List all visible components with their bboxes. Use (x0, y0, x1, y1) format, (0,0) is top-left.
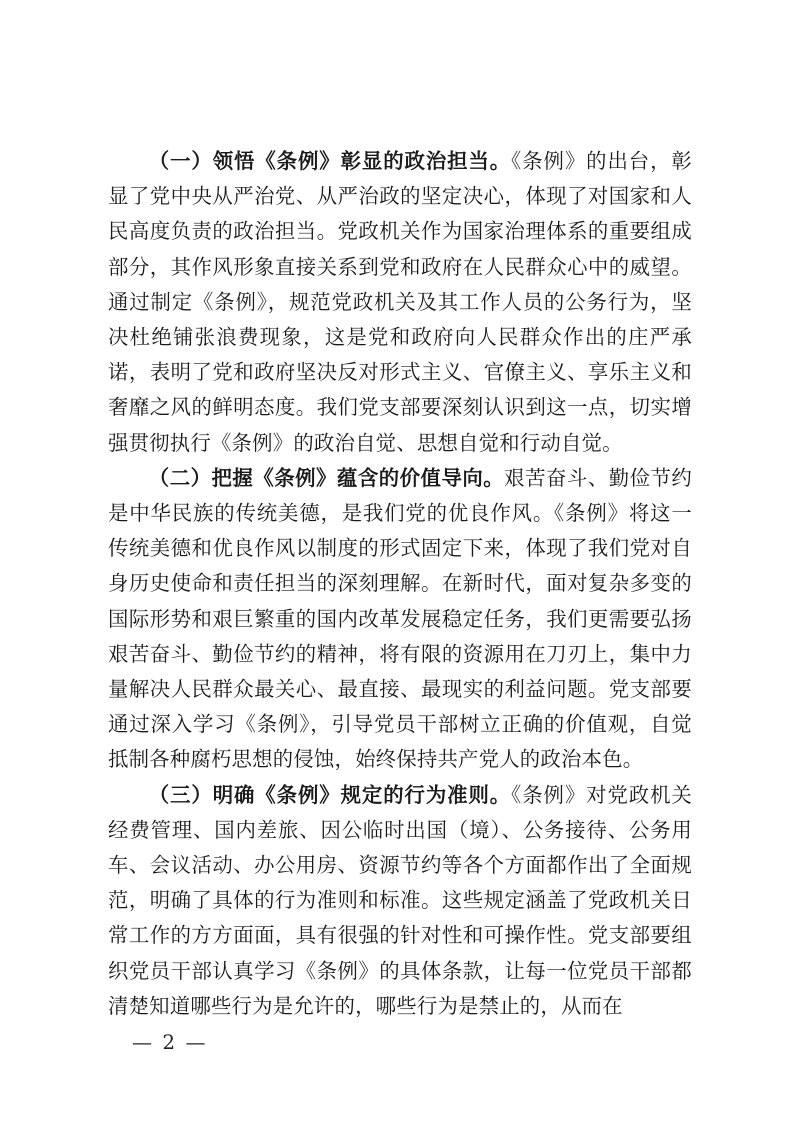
paragraph-heading: （二）把握《条例》蕴含的价值导向。 (149, 466, 504, 490)
paragraph-1: （一）领悟《条例》彰显的政治担当。《条例》的出台，彰显了党中央从严治党、从严治政… (108, 144, 692, 461)
page-number: — 2 — (132, 1030, 207, 1054)
paragraph-3: （三）明确《条例》规定的行为准则。《条例》对党政机关经费管理、国内差旅、因公临时… (108, 778, 692, 1024)
paragraph-2: （二）把握《条例》蕴含的价值导向。艰苦奋斗、勤俭节约是中华民族的传统美德，是我们… (108, 461, 692, 778)
document-body: （一）领悟《条例》彰显的政治担当。《条例》的出台，彰显了党中央从严治党、从严治政… (108, 144, 692, 1024)
paragraph-heading: （一）领悟《条例》彰显的政治担当。 (149, 149, 511, 173)
paragraph-body: 《条例》对党政机关经费管理、国内差旅、因公临时出国（境）、公务接待、公务用车、会… (108, 783, 692, 1018)
document-page: （一）领悟《条例》彰显的政治担当。《条例》的出台，彰显了党中央从严治党、从严治政… (0, 0, 793, 1122)
paragraph-body: 艰苦奋斗、勤俭节约是中华民族的传统美德，是我们党的优良作风。《条例》将这一传统美… (108, 466, 692, 772)
paragraph-body: 《条例》的出台，彰显了党中央从严治党、从严治政的坚定决心，体现了对国家和人民高度… (108, 149, 692, 455)
paragraph-heading: （三）明确《条例》规定的行为准则。 (149, 783, 511, 807)
